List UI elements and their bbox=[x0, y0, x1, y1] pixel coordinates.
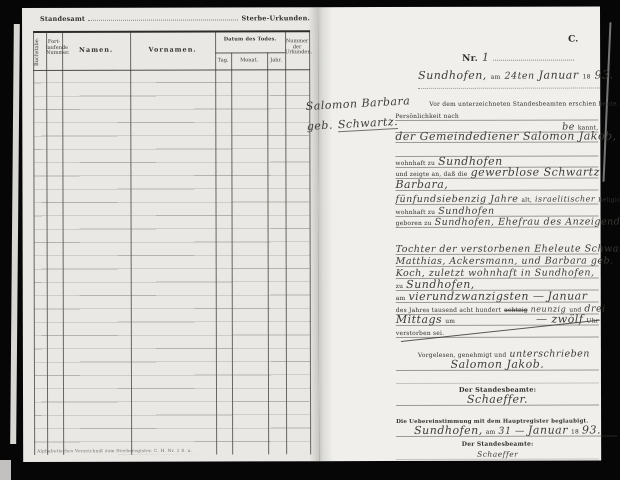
handwritten-cert-year: 93. bbox=[582, 425, 601, 435]
column-header-vorname: Vornamen. bbox=[130, 46, 215, 53]
table-empty-rows bbox=[33, 69, 311, 455]
form-line-intro: Vor dem unterzeichneten Standesbeamten e… bbox=[395, 96, 620, 108]
handwritten-religion: israelitischer bbox=[535, 196, 595, 204]
month-handwritten: Januar bbox=[539, 71, 579, 81]
form-line-death-date: am vierundzwanzigsten — Januar bbox=[396, 290, 599, 303]
certificate-place-date-line: Sundhofen, am 24ten Januar 18 93. bbox=[418, 70, 602, 88]
printed-alt: alt, bbox=[521, 197, 532, 204]
column-header-date-group: Datum des Todes. bbox=[215, 37, 285, 43]
year-handwritten: 93. bbox=[595, 70, 614, 80]
form-line-registrar-signature2: Schaeffer bbox=[396, 447, 599, 460]
column-header-margin: Buchstabe. bbox=[35, 36, 45, 68]
form-line-declarant-signature: Salomon Jakob. bbox=[396, 358, 599, 371]
page-edge-sliver bbox=[10, 24, 20, 444]
handwritten-birth: Sundhofen, Ehefrau des Anzeigenden, bbox=[435, 217, 620, 227]
handwritten-parents1: Tochter der verstorbenen Eheleute Schwar… bbox=[396, 244, 620, 254]
handwritten-time-of-day: Mittags bbox=[396, 315, 442, 325]
registrar-signature2: Schaeffer bbox=[477, 450, 518, 459]
handwritten-death-place: Sundhofen, bbox=[406, 280, 475, 290]
standesamt-fill-line bbox=[88, 13, 238, 20]
handwritten-death-day: vierundzwanzigsten — bbox=[408, 292, 544, 302]
printed-um: um bbox=[445, 318, 455, 325]
column-header-number: Fort- laufende Nummer. bbox=[46, 40, 62, 57]
printed-religion: Religion, bbox=[598, 196, 620, 203]
series-letter: C. bbox=[568, 35, 578, 45]
form-line-certification-date: Sundhofen, am 31 — Januar 18 93. bbox=[396, 424, 617, 437]
column-header-name: Namen. bbox=[62, 47, 130, 54]
printed-geboren: geboren zu bbox=[396, 220, 432, 227]
form-line-registrar-signature: Schaeffer. bbox=[396, 393, 599, 406]
page-gutter-shadow bbox=[308, 7, 333, 461]
register-table: Buchstabe. Fort- laufende Nummer. Namen.… bbox=[33, 30, 311, 455]
handwritten-deceased: gewerblose Schwartz bbox=[471, 167, 600, 177]
printed-am: am bbox=[396, 295, 406, 302]
registrar-signature: Schaeffer. bbox=[467, 395, 528, 405]
form-line-parents1: Tochter der verstorbenen Eheleute Schwar… bbox=[396, 242, 599, 255]
form-line-registrar-label2: Der Standesbeamte: bbox=[396, 436, 599, 448]
handwritten-age: fünfundsiebenzig Jahre bbox=[395, 195, 518, 204]
handwritten-parents3: Koch, zuletzt wohnhaft in Sundhofen, bbox=[396, 269, 595, 279]
standesamt-label: Standesamt bbox=[40, 16, 85, 23]
document-scan: Standesamt Sterbe-Urkunden. Buchstabe. F… bbox=[22, 6, 601, 462]
register-header: Standesamt Sterbe-Urkunden. bbox=[40, 13, 310, 23]
am-printed: am bbox=[491, 74, 501, 81]
nr-label: Nr. bbox=[462, 56, 478, 63]
column-header-certificate-number: Nummer der Urkunden. bbox=[285, 39, 309, 56]
printed-cert-year: 18 bbox=[571, 429, 579, 436]
printed-persoenlichkeit: Persönlichkeit nach bbox=[395, 113, 459, 120]
printed-zu: zu bbox=[396, 283, 403, 290]
form-line-declarant: der Gemeindediener Salomon Jakob, bbox=[395, 130, 598, 143]
declarant-signature: Salomon Jakob. bbox=[451, 360, 545, 370]
handwritten-parents2: Matthias, Ackersmann, und Barbara geb. bbox=[396, 256, 614, 266]
date-subheader-rule bbox=[215, 52, 285, 53]
year-printed: 18 bbox=[583, 74, 591, 81]
handwritten-cert-month: Januar bbox=[528, 426, 568, 436]
film-corner-mark bbox=[0, 460, 11, 480]
printed-year-struck: achtzig bbox=[504, 307, 528, 314]
table-top-rule bbox=[33, 30, 310, 33]
form-line-persoenlichkeit: Persönlichkeit nach bbox=[395, 108, 598, 121]
nr-value: 1 bbox=[482, 53, 490, 63]
form-line-birth: geboren zu Sundhofen, Ehefrau des Anzeig… bbox=[396, 215, 599, 228]
handwritten-year-units: drei bbox=[584, 304, 605, 313]
handwritten-residence2: Sundhofen bbox=[438, 207, 494, 216]
printed-cert-am: am bbox=[486, 429, 496, 436]
place-handwritten: Sundhofen, bbox=[418, 71, 487, 81]
handwritten-declarant: der Gemeindediener Salomon Jakob, bbox=[395, 131, 616, 142]
column-header-month: Monat. bbox=[231, 58, 267, 64]
handwritten-deceased-firstname: Barbara, bbox=[395, 180, 448, 190]
margin-note-geb: geb. bbox=[306, 119, 333, 133]
column-header-certificate-number-line: Urkunden. bbox=[285, 50, 309, 56]
handwritten-cert-day: 31 — bbox=[498, 427, 525, 436]
handwritten-death-month: Januar bbox=[547, 292, 587, 302]
form-line-death-time: Mittags um — zwölf Uhr bbox=[396, 313, 599, 326]
day-handwritten: 24ten bbox=[504, 72, 534, 81]
document-type-label: Sterbe-Urkunden. bbox=[241, 15, 310, 22]
printed-verstorben: verstorben sei. bbox=[396, 330, 444, 337]
printed-intro: Vor dem unterzeichneten Standesbeamten e… bbox=[429, 100, 620, 108]
column-header-day: Tag. bbox=[215, 58, 231, 64]
form-line-age-religion: fünfundsiebenzig Jahre alt, israelitisch… bbox=[395, 192, 598, 205]
column-header-number-line: Nummer. bbox=[46, 51, 62, 57]
form-line-verstorben: verstorben sei. bbox=[396, 325, 599, 338]
column-header-year: Jahr. bbox=[267, 58, 285, 64]
form-line-deceased-name: Barbara, bbox=[395, 178, 598, 191]
nr-fill-line bbox=[494, 54, 575, 61]
handwritten-cert-place: Sundhofen, bbox=[414, 426, 483, 436]
printer-imprint: Alphabetisches Verzeichniß zum Sterbereg… bbox=[37, 449, 192, 455]
form-line-parents2: Matthias, Ackersmann, und Barbara geb. bbox=[396, 254, 599, 267]
certificate-number-line: Nr. 1 bbox=[462, 53, 574, 63]
microfilm-background: Standesamt Sterbe-Urkunden. Buchstabe. F… bbox=[0, 0, 620, 480]
